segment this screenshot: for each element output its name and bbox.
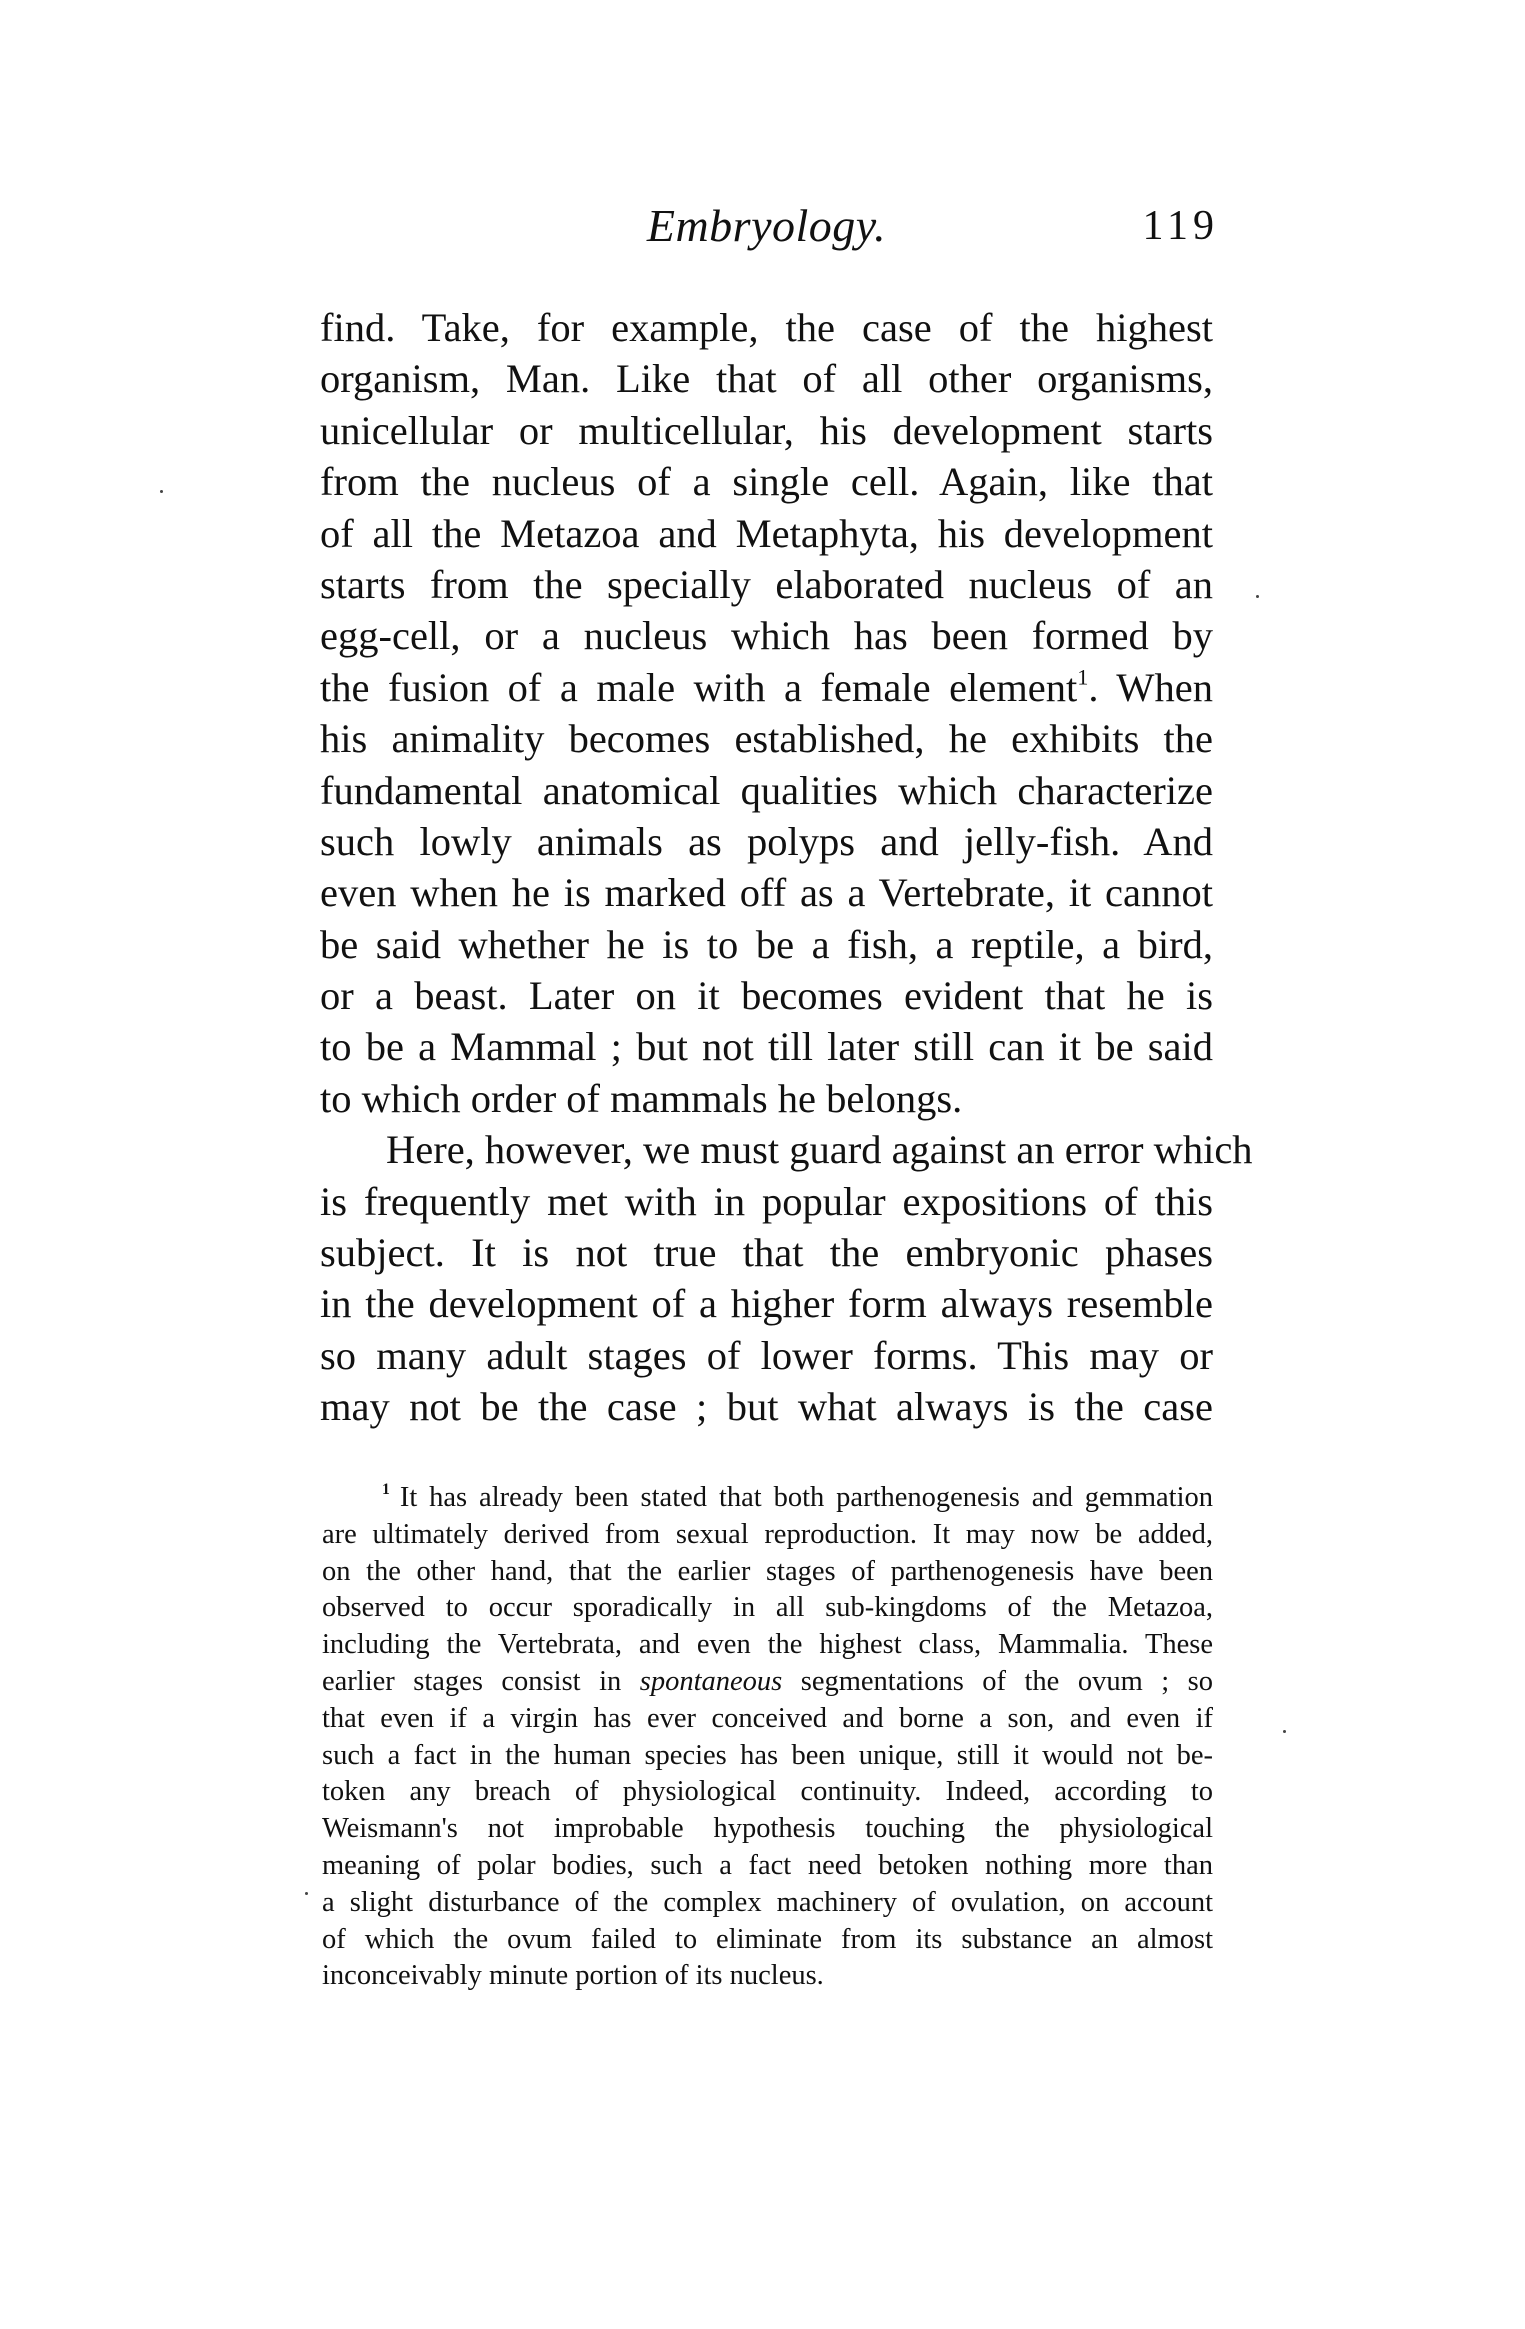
footnote-line: that even if a virgin has ever conceived… — [322, 1701, 1213, 1738]
body-line: may not be the case ; but what always is… — [320, 1381, 1213, 1432]
footnote-text: segmentations of the ovum ; so — [801, 1666, 1213, 1697]
body-line: unicellular or multicellular, his develo… — [320, 405, 1213, 456]
body-line: of all the Metazoa and Metaphyta, his de… — [320, 508, 1213, 559]
body-line-paragraph-end: to which order of mammals he belongs. — [320, 1073, 1213, 1124]
body-line: fundamental anatomical qualities which c… — [320, 765, 1213, 816]
footnote-line: are ultimately derived from sexual repro… — [322, 1517, 1213, 1554]
footnote-line: meaning of polar bodies, such a fact nee… — [322, 1848, 1213, 1885]
footnote-line-first: 1It has already been stated that both pa… — [322, 1480, 1213, 1517]
scan-speck — [305, 1892, 308, 1895]
footnote-line: token any breach of physiological contin… — [322, 1774, 1213, 1811]
body-line: starts from the specially elaborated nuc… — [320, 559, 1213, 610]
page-number: 119 — [1143, 196, 1219, 256]
footnote-line-with-italic: earlier stages consist in spontaneous se… — [322, 1664, 1213, 1701]
body-line: is frequently met with in popular exposi… — [320, 1176, 1213, 1227]
body-text: find. Take, for example, the case of the… — [320, 302, 1213, 1433]
body-line-with-footnote-ref: the fusion of a male with a female eleme… — [320, 662, 1213, 713]
footnote: 1It has already been stated that both pa… — [322, 1480, 1213, 1995]
footnote-line: of which the ovum failed to eliminate fr… — [322, 1922, 1213, 1959]
body-line: from the nucleus of a single cell. Again… — [320, 456, 1213, 507]
body-line: organism, Man. Like that of all other or… — [320, 353, 1213, 404]
body-line: be said whether he is to be a fish, a re… — [320, 919, 1213, 970]
body-line: egg-cell, or a nucleus which has been fo… — [320, 610, 1213, 661]
footnote-italic-word: spontaneous — [640, 1666, 783, 1697]
footnote-text: It has already been stated that both par… — [400, 1482, 1213, 1513]
footnote-line: Weismann's not improbable hypothesis tou… — [322, 1811, 1213, 1848]
body-line: or a beast. Later on it becomes evident … — [320, 970, 1213, 1021]
body-line-text: the fusion of a male with a female eleme… — [320, 665, 1077, 710]
scan-speck — [160, 490, 163, 493]
body-line: subject. It is not true that the embryon… — [320, 1227, 1213, 1278]
body-line: such lowly animals as polyps and jelly-f… — [320, 816, 1213, 867]
running-title: Embryology. — [320, 196, 1213, 256]
scan-speck — [1256, 595, 1259, 598]
footnote-line: on the other hand, that the earlier stag… — [322, 1554, 1213, 1591]
body-line: so many adult stages of lower forms. Thi… — [320, 1330, 1213, 1381]
body-line: find. Take, for example, the case of the… — [320, 302, 1213, 353]
footnote-line: a slight disturbance of the complex mach… — [322, 1885, 1213, 1922]
body-line: to be a Mammal ; but not till later stil… — [320, 1021, 1213, 1072]
body-line: even when he is marked off as a Vertebra… — [320, 867, 1213, 918]
footnote-line: observed to occur sporadically in all su… — [322, 1590, 1213, 1627]
running-head: Embryology. 119 — [320, 196, 1213, 256]
footnote-line: including the Vertebrata, and even the h… — [322, 1627, 1213, 1664]
body-line: in the development of a higher form alwa… — [320, 1278, 1213, 1329]
footnote-marker: 1 — [382, 1481, 390, 1498]
footnote-line-last: inconceivably minute portion of its nucl… — [322, 1958, 1213, 1995]
book-page: Embryology. 119 find. Take, for example,… — [0, 0, 1525, 2329]
body-line: his animality becomes established, he ex… — [320, 713, 1213, 764]
footnote-reference[interactable]: 1 — [1077, 664, 1088, 689]
footnote-text: earlier stages consist in — [322, 1666, 621, 1697]
body-line-paragraph-start: Here, however, we must guard against an … — [320, 1124, 1213, 1175]
footnote-line: such a fact in the human species has bee… — [322, 1738, 1213, 1775]
body-line-tail: . When — [1088, 665, 1213, 710]
scan-speck — [1283, 1730, 1286, 1733]
